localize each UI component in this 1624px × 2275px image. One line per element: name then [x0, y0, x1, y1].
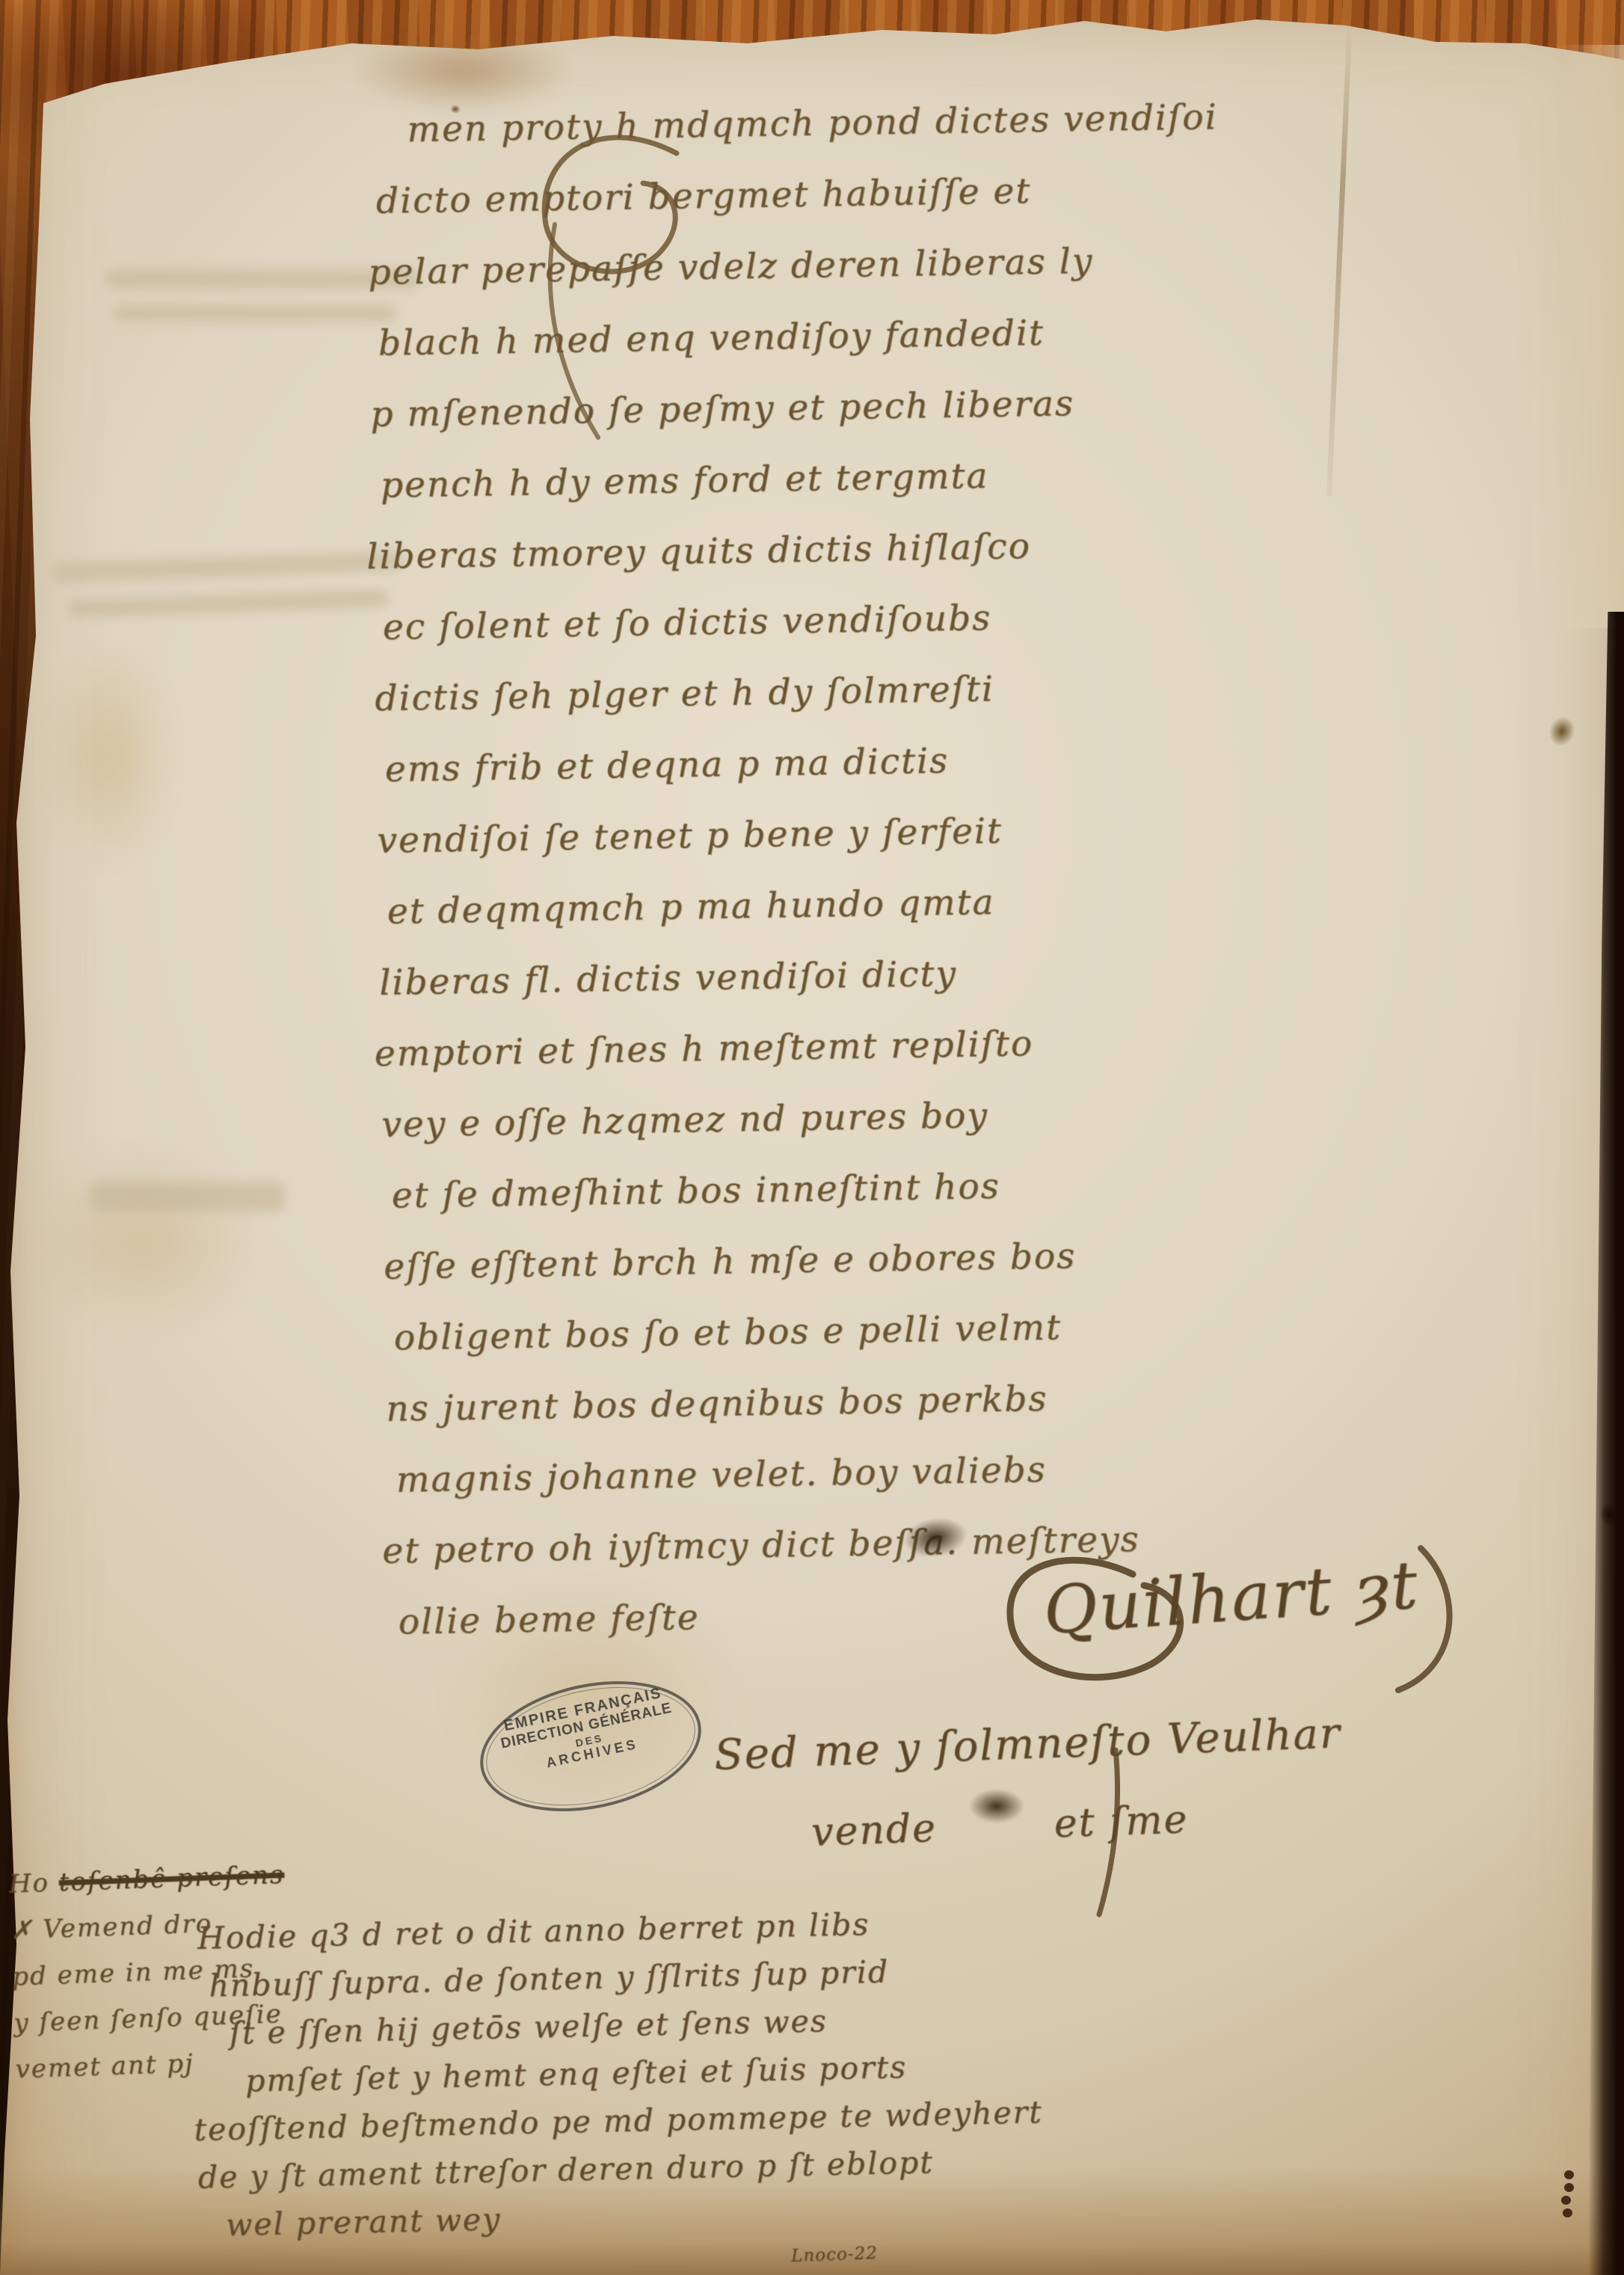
- showthrough-ghost-line: [90, 1182, 284, 1212]
- manuscript-line: et deqmqmch p ma hundo qmta: [387, 863, 1231, 948]
- manuscript-line: et ſe dmeſhint bos inneſtint hos: [391, 1147, 1235, 1232]
- stain: [45, 643, 172, 868]
- manuscript-line: magnis johanne velet. boy valiebs: [396, 1431, 1240, 1516]
- stamp-line-4: ARCHIVES: [484, 1724, 701, 1784]
- attestation-word: vende: [811, 1806, 938, 1855]
- stain: [30, 1152, 254, 1331]
- ink-blot: [969, 1789, 1024, 1823]
- struck-text: toſenbê preſens: [58, 1860, 285, 1898]
- manuscript-line: ns jurent bos deqnibus bos perkbs: [386, 1360, 1239, 1445]
- manuscript-line: emptori et ſnes h meſtemt repliſto: [374, 1005, 1233, 1090]
- margin-line: y ſeen ſenſo queſie: [13, 1991, 290, 2047]
- manuscript-line: dicto emptori bergmet habuiſſe et: [375, 153, 1219, 237]
- manuscript-line: liberas tmorey quits dictis hiſlaſco: [366, 508, 1225, 592]
- manuscript-line: ems frib et deqna p ma dictis: [384, 721, 1228, 805]
- manuscript-line: obligent bos ſo et bos e pelli velmt: [393, 1289, 1237, 1374]
- shelfmark-note: Lnoco-22: [791, 2244, 879, 2266]
- margin-line: vemet ant pj: [14, 2037, 292, 2093]
- manuscript-line: eſſe eſſtent brch h mſe e obores bos: [384, 1218, 1237, 1303]
- manuscript-line: vey e oſſe hzqmez nd pures boy: [381, 1076, 1234, 1161]
- margin-line-struck: Ho toſenbê preſens: [8, 1852, 286, 1908]
- manuscript-line: liberas fl. dictis vendiſoi dicty: [379, 934, 1232, 1019]
- manuscript-line: dictis ſeh plger et h dy ſolmreſti: [375, 650, 1228, 734]
- manuscript-line: vendiſoi ſe tenet p bene y ſerfeit: [377, 792, 1230, 876]
- showthrough-ghost-line: [112, 305, 396, 322]
- manuscript-line: men proty h mdqmch pond dictes vendiſoi: [407, 82, 1219, 165]
- attestation-word: et ſme: [1054, 1797, 1190, 1846]
- stamp-line-3: DES: [482, 1712, 698, 1769]
- manuscript-bottom-entry: Hodie q3 d ret o dit anno berret pn libs…: [197, 1897, 1045, 2249]
- margin-note: Ho toſenbê preſens ✗ Vemend dro pd eme i…: [8, 1852, 292, 2093]
- manuscript-line: pench h dy ems ford et tergmta: [380, 437, 1224, 521]
- manuscript-line: p mſenendo ſe peſmy et pech liberas: [370, 366, 1223, 450]
- manuscript-line: ec ſolent et ſo dictis vendiſoubs: [382, 579, 1226, 663]
- four-dots-mark: [1564, 2170, 1574, 2217]
- manuscript-line: pelar perepaſſe vdelz deren liberas ly: [368, 224, 1221, 308]
- manuscript-main-text: men proty h mdqmch pond dictes vendiſoi …: [366, 82, 1242, 1658]
- margin-word: Ho: [8, 1867, 59, 1899]
- underlying-page-edge: [1560, 45, 1624, 628]
- manuscript-line: blach h med enq vendiſoy fandedit: [378, 295, 1222, 379]
